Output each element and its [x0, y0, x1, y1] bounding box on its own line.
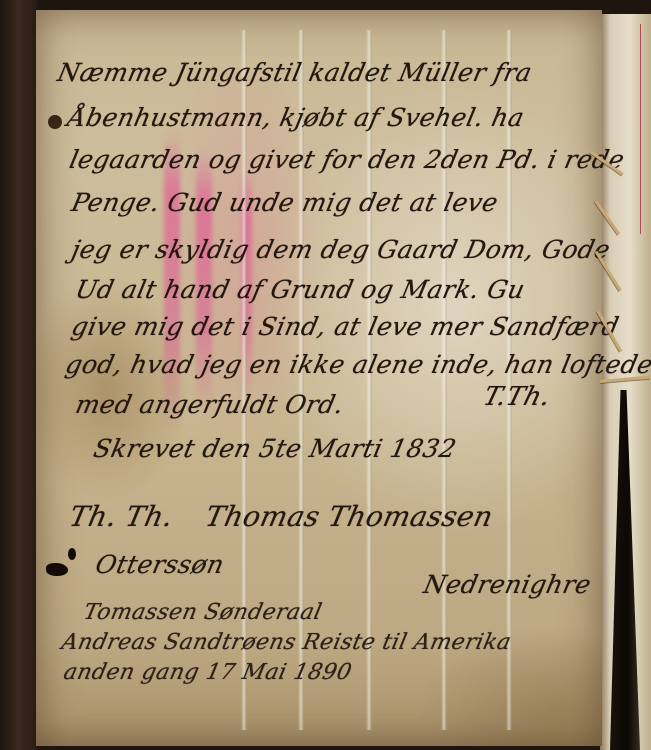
signature-place-right: Nedrenighre: [421, 570, 594, 599]
ink-blot: [46, 563, 68, 576]
ink-blot: [68, 548, 76, 560]
text-line-9: med angerfuldt Ord.: [73, 390, 347, 419]
paper-crease: [506, 30, 512, 730]
paper-crease: [241, 30, 247, 730]
signature-prefix: Th. Th.: [66, 500, 176, 533]
paper-crease: [366, 30, 372, 730]
paper-crease: [298, 30, 304, 730]
text-line-6: Ud alt hand af Grund og Mark. Gu: [73, 275, 528, 304]
ink-spot: [48, 115, 62, 129]
red-margin-rule: [640, 24, 641, 234]
annotation-line-1: Tomassen Sønderaal: [81, 600, 324, 625]
text-line-4: Penge. Gud unde mig det at leve: [69, 188, 501, 217]
text-line-8: god, hvad jeg en ikke alene inde, han lo…: [63, 350, 651, 379]
text-line-2: Åbenhustmann, kjøbt af Svehel. ha: [65, 103, 527, 132]
text-line-3: legaarden og givet for den 2den Pd. i re…: [67, 145, 627, 174]
manuscript-page: Næmme Jüngafstil kaldet Müller fra Åbenh…: [36, 10, 602, 746]
paper-crease: [441, 30, 447, 730]
signature-name: Thomas Thomassen: [202, 500, 496, 533]
annotation-line-3: anden gang 17 Mai 1890: [61, 660, 354, 685]
date-line: Skrevet den 5te Marti 1832: [91, 434, 459, 463]
signature-place-left: Otterssøn: [93, 550, 227, 579]
initials-mark: T.Th.: [480, 382, 554, 412]
annotation-line-2: Andreas Sandtrøens Reiste til Amerika: [59, 630, 513, 655]
text-line-1: Næmme Jüngafstil kaldet Müller fra: [55, 58, 535, 87]
text-line-5: jeg er skyldig dem deg Gaard Dom, Gode: [69, 235, 613, 264]
text-line-7: give mig det i Sind, at leve mer Sandfær…: [69, 312, 622, 341]
